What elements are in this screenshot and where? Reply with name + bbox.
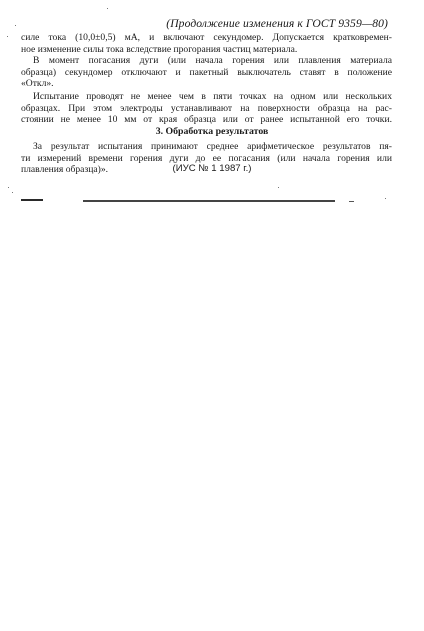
short-rule (21, 199, 43, 201)
text-line: В момент погасания дуги (или начала горе… (21, 55, 392, 67)
horizontal-rule (83, 200, 335, 202)
scan-speck (8, 187, 9, 188)
paragraph-current: силе тока (10,0±0,5) мА, и включают секу… (21, 32, 392, 55)
text-line: За результат испытания принимают среднее… (21, 141, 392, 153)
section-title: 3. Обработка результатов (0, 126, 424, 137)
scan-speck (278, 187, 279, 188)
page-header: (Продолжение изменения к ГОСТ 9359—80) (166, 17, 388, 30)
text-line: стоянии не менее 10 мм от края образца и… (21, 114, 392, 126)
text-line: «Откл». (21, 78, 392, 90)
text-line: образца) секундомер отключают и пакетный… (21, 67, 392, 79)
scan-speck (385, 198, 386, 199)
paragraph-test-points: Испытание проводят не менее чем в пяти т… (21, 91, 392, 126)
footnote-source: (ИУС № 1 1987 г.) (0, 163, 424, 174)
text-line: образцах. При этом электроды устанавлива… (21, 103, 392, 115)
text-line: ное изменение силы тока вследствие прого… (21, 44, 392, 56)
scan-speck (7, 36, 8, 37)
text-line: Испытание проводят не менее чем в пяти т… (21, 91, 392, 103)
scan-speck (15, 25, 16, 26)
scan-speck (12, 192, 13, 193)
paragraph-arc-extinction: В момент погасания дуги (или начала горе… (21, 55, 392, 90)
rule-fragment (349, 201, 354, 202)
text-line: силе тока (10,0±0,5) мА, и включают секу… (21, 32, 392, 44)
scan-speck (107, 8, 108, 9)
